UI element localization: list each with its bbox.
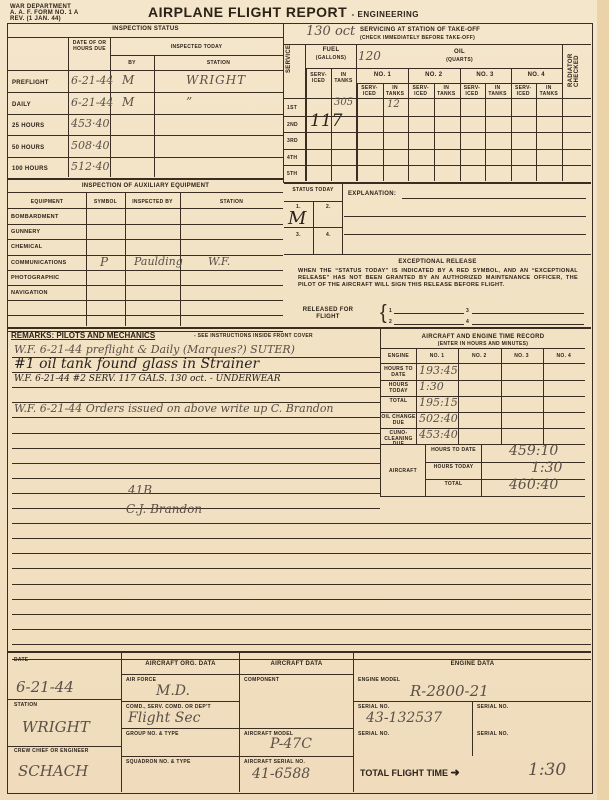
inspection-date-due[interactable]: 6-21-44	[71, 74, 113, 87]
in-tanks-col-header: IN TANKS	[536, 86, 561, 97]
fuel-unit: (GALLONS)	[306, 55, 356, 61]
servicing-subtitle: (CHECK IMMEDIATELY BEFORE TAKE-OFF)	[360, 35, 475, 41]
release-slot-4-label: 4	[466, 319, 469, 325]
octane-note: 130 oct	[306, 24, 355, 39]
in-tanks-col-header: IN TANKS	[434, 86, 459, 97]
aux-equipment-label: PHOTOGRAPHIC	[11, 275, 59, 281]
engine-serial-label-3: SERIAL NO.	[358, 731, 390, 737]
engine1-time[interactable]: 453:40	[419, 428, 458, 441]
aircraft-model-value[interactable]: P-47C	[270, 736, 312, 752]
aircraft-serial-value[interactable]: 41-6588	[252, 766, 310, 782]
radiator-checked-label: RADIATOR CHECKED	[568, 42, 580, 87]
aircraft-time-label: HOURS TODAY	[426, 465, 481, 471]
air-force-value[interactable]: M.D.	[156, 683, 190, 699]
exceptional-release-title: EXCEPTIONAL RELEASE	[284, 259, 591, 265]
remark-line[interactable]: W.F. 6-21-44 preflight & Daily (Marques?…	[14, 343, 295, 356]
inspection-row-label: 50 HOURS	[12, 145, 44, 151]
inspection-station[interactable]: WRIGHT	[186, 73, 246, 87]
status-cell-4: 4.	[326, 232, 331, 238]
revision: REV. (1 JAN. 44)	[10, 16, 79, 22]
time-engine-header: NO. 3	[501, 353, 543, 359]
station-label: STATION	[14, 702, 37, 708]
time-record-section: AIRCRAFT AND ENGINE TIME RECORD (ENTER I…	[380, 328, 585, 497]
inspection-date-due[interactable]: 453·40	[71, 117, 110, 130]
oil1-in-tanks[interactable]: 12	[387, 99, 400, 110]
command-value[interactable]: Flight Sec	[128, 710, 200, 726]
service-label: SERVICE	[286, 33, 292, 73]
engine1-time[interactable]: 502:40	[419, 412, 458, 425]
time-record-title: AIRCRAFT AND ENGINE TIME RECORD	[381, 334, 585, 340]
engine1-time[interactable]: 193:45	[419, 364, 458, 377]
time-engine-header: NO. 1	[416, 353, 458, 359]
org-data-title: AIRCRAFT ORG. DATA	[122, 661, 239, 667]
engine-data-title: ENGINE DATA	[354, 661, 591, 667]
aux-inspected-by[interactable]: Paulding	[134, 255, 183, 268]
explanation-label: EXPLANATION:	[348, 191, 396, 197]
group-label: GROUP NO. & TYPE	[126, 731, 179, 737]
form-title: AIRPLANE FLIGHT REPORT - ENGINEERING	[148, 4, 419, 20]
aircraft-time-value[interactable]: 459:10	[509, 443, 558, 459]
inspection-by[interactable]: M	[122, 95, 134, 109]
in-tanks-col-header: IN TANKS	[383, 86, 408, 97]
inspection-by[interactable]: M	[122, 73, 134, 87]
aux-equipment-label: GUNNERY	[11, 229, 40, 235]
oil-engine-header: NO. 4	[511, 72, 562, 78]
inspection-station[interactable]: ”	[186, 95, 193, 109]
serviced-col-header: SERV-ICED	[460, 86, 485, 97]
service-row-label: 3RD	[287, 138, 298, 144]
title-text: AIRPLANE FLIGHT REPORT	[148, 4, 347, 20]
remark-line[interactable]: W.F. 6-21-44 Orders issued on above writ…	[14, 402, 334, 415]
aircraft-serial-label: AIRCRAFT SERIAL NO.	[244, 759, 305, 765]
col-equipment: EQUIPMENT	[8, 199, 86, 205]
engine-serial-label-2: SERIAL NO.	[477, 704, 509, 710]
inspection-date-due[interactable]: 512·40	[71, 160, 110, 173]
crew-chief-label: CREW CHIEF OR ENGINEER	[14, 748, 89, 754]
aircraft-label: AIRCRAFT	[381, 468, 425, 474]
remark-line[interactable]: 41B	[128, 483, 152, 497]
aux-symbol[interactable]: P	[100, 255, 108, 269]
date-value[interactable]: 6-21-44	[16, 678, 74, 696]
oil-unit: (QUARTS)	[357, 57, 562, 63]
aux-station[interactable]: W.F.	[208, 255, 230, 268]
date-label: DATE	[14, 657, 28, 663]
inspection-status-section: INSPECTION STATUS DATE OF OR HOURS DUE I…	[8, 23, 283, 179]
inspection-row-label: DAILY	[12, 102, 31, 108]
squadron-label: SQUADRON NO. & TYPE	[126, 759, 191, 765]
time-row-label: HOURS TODAY	[381, 383, 416, 394]
time-row-label: TOTAL	[381, 399, 416, 405]
serviced-col-header: SERV-ICED	[408, 86, 433, 97]
status-today-title: STATUS TODAY	[284, 187, 342, 193]
serviced-col-header: SERV-ICED	[357, 86, 382, 97]
inspection-status-title: INSPECTION STATUS	[8, 26, 283, 32]
aircraft-time-value[interactable]: 1:30	[531, 460, 562, 476]
total-flight-value[interactable]: 1:30	[528, 760, 566, 780]
fuel-serviced[interactable]: 117	[310, 111, 342, 131]
col-inspected-today: INSPECTED TODAY	[110, 44, 283, 50]
service-row-label: 2ND	[287, 122, 298, 128]
exceptional-release-section: EXCEPTIONAL RELEASE WHEN THE “STATUS TOD…	[284, 255, 591, 327]
status-cell-2: 2.	[326, 204, 331, 210]
in-tanks-col-header: IN TANKS	[485, 86, 510, 97]
in-tanks-col-header: IN TANKS	[331, 73, 356, 84]
engine-model-label: ENGINE MODEL	[358, 677, 400, 683]
title-subtitle: - ENGINEERING	[352, 10, 419, 19]
oil-label: OIL	[357, 49, 562, 55]
remark-line[interactable]: W.F. 6-21-44 #2 SERV. 117 GALS. 130 oct.…	[14, 374, 281, 384]
form-header-info: WAR DEPARTMENT A. A. F. FORM NO. 1 A REV…	[10, 4, 79, 22]
air-force-label: AIR FORCE	[126, 677, 156, 683]
oil-engine-header: NO. 1	[357, 72, 408, 78]
serviced-col-header: SERV-ICED	[511, 86, 536, 97]
col-engine: ENGINE	[381, 353, 416, 359]
aircraft-time-label: HOURS TO DATE	[426, 448, 481, 454]
servicing-title: SERVICING AT STATION OF TAKE-OFF	[360, 27, 480, 33]
col-date-due: DATE OF OR HOURS DUE	[69, 41, 110, 52]
release-slot-1-label: 1	[389, 308, 392, 314]
serviced-col-header: SERV-ICED	[306, 73, 331, 84]
engine-model-value[interactable]: R-2800-21	[410, 682, 489, 700]
inspection-row-label: PREFLIGHT	[12, 80, 49, 86]
auxiliary-equipment-section: INSPECTION OF AUXILIARY EQUIPMENT EQUIPM…	[8, 180, 283, 326]
remarks-instructions: - SEE INSTRUCTIONS INSIDE FRONT COVER	[194, 333, 313, 339]
engine1-time[interactable]: 1:30	[419, 380, 444, 393]
aircraft-time-label: TOTAL	[426, 482, 481, 488]
time-row-label: CUNO-CLEANING DUE	[381, 431, 416, 448]
time-record-subtitle: (ENTER IN HOURS AND MINUTES)	[381, 341, 585, 347]
service-row-label: 5TH	[287, 171, 297, 177]
remark-line[interactable]: C.J. Brandon	[126, 502, 202, 516]
time-engine-header: NO. 4	[543, 353, 585, 359]
paper-edge	[597, 0, 609, 800]
col-inspected-by: INSPECTED BY	[125, 199, 180, 205]
servicing-section: 130 oct SERVICING AT STATION OF TAKE-OFF…	[284, 23, 591, 183]
col-aux-station: STATION	[180, 199, 283, 205]
total-flight-text: TOTAL FLIGHT TIME	[360, 768, 448, 778]
engine1-time[interactable]: 195:15	[419, 396, 458, 409]
time-row-label: OIL CHANGE DUE	[381, 415, 416, 426]
aux-equipment-label: COMMUNICATIONS	[11, 260, 66, 266]
col-station: STATION	[154, 60, 283, 66]
time-row-label: HOURS TO DATE	[381, 367, 416, 378]
exceptional-release-text: WHEN THE “STATUS TODAY” IS INDICATED BY …	[298, 268, 578, 289]
status-today-section: STATUS TODAY 1. 2. 3. 4. M EXPLANATION:	[284, 184, 591, 254]
time-engine-header: NO. 2	[458, 353, 500, 359]
service-row-label: 1ST	[287, 105, 297, 111]
release-slot-2-label: 2	[389, 319, 392, 325]
inspection-row-label: 25 HOURS	[12, 123, 44, 129]
aircraft-time-value[interactable]: 460:40	[509, 477, 558, 493]
release-slot-3-label: 3	[466, 308, 469, 314]
engine-serial-label-4: SERIAL NO.	[477, 731, 509, 737]
service-row-label: 4TH	[287, 155, 297, 161]
inspection-date-due[interactable]: 508·40	[71, 139, 110, 152]
released-for-flight-label: RELEASED FOR FLIGHT	[298, 307, 358, 321]
aux-equipment-label: CHEMICAL	[11, 244, 42, 250]
aux-equipment-label: NAVIGATION	[11, 290, 48, 296]
arrow-right-icon: ➜	[451, 767, 460, 779]
component-label: COMPONENT	[244, 677, 279, 683]
oil-engine-header: NO. 3	[460, 72, 511, 78]
total-flight-time-label: TOTAL FLIGHT TIME ➜	[360, 766, 460, 779]
remarks-title: REMARKS: PILOTS AND MECHANICS	[11, 331, 155, 340]
engine-serial-value-1[interactable]: 43-132537	[366, 710, 442, 726]
col-symbol: SYMBOL	[86, 199, 125, 205]
inspection-row-label: 100 HOURS	[12, 166, 48, 172]
remark-line[interactable]: #1 oil tank found glass in Strainer	[14, 356, 259, 372]
brace: {	[380, 303, 387, 323]
footer-section: DATE 6-21-44 STATION WRIGHT CREW CHIEF O…	[8, 652, 591, 792]
inspection-date-due[interactable]: 6-21-44	[71, 96, 113, 109]
oil-engine-header: NO. 2	[408, 72, 459, 78]
col-by: BY	[110, 60, 154, 66]
status-cell-3: 3.	[296, 232, 301, 238]
status-value-1[interactable]: M	[288, 208, 306, 229]
auxiliary-title: INSPECTION OF AUXILIARY EQUIPMENT	[8, 183, 283, 189]
flight-report-page: WAR DEPARTMENT A. A. F. FORM NO. 1 A REV…	[0, 0, 609, 800]
fuel-in-tanks[interactable]: 305	[334, 97, 353, 108]
fuel-label: FUEL	[306, 47, 356, 53]
station-value[interactable]: WRIGHT	[22, 718, 90, 736]
aux-equipment-label: BOMBARDMENT	[11, 214, 59, 220]
aircraft-data-title: AIRCRAFT DATA	[240, 661, 353, 667]
crew-chief-value[interactable]: SCHACH	[18, 762, 88, 780]
